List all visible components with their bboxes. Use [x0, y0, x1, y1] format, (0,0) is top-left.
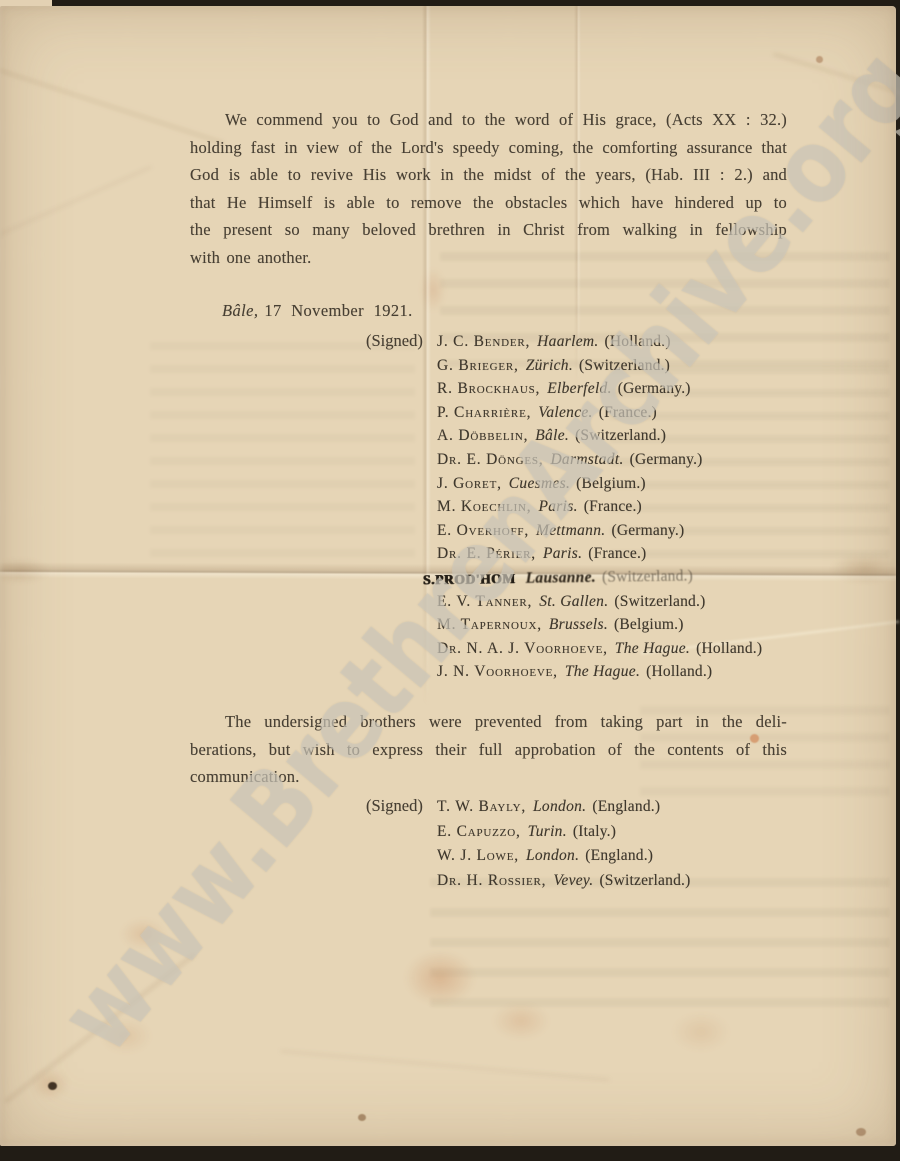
- signatory-city: Vevey.: [553, 872, 593, 889]
- signatory-city: London.: [533, 798, 586, 815]
- signatory-city: Darmstadt.: [550, 451, 623, 468]
- signatory-name: A. Döbbelin,: [437, 427, 528, 444]
- paragraph-line: the present so many beloved brethren in …: [190, 216, 787, 244]
- signatory-name: S.Prod'hom: [423, 571, 516, 587]
- signatory-name: G. Brieger,: [437, 357, 519, 374]
- signatory-city: The Hague.: [615, 640, 690, 657]
- main-signatures-list: J. C. Bender,Haarlem.(Holland.) G. Brieg…: [437, 330, 762, 684]
- signatory-country: (France.): [588, 545, 646, 562]
- signed-label: (Signed): [366, 796, 423, 816]
- scanned-letter-screenshot: { "watermark": { "text": "www.BrethrenAr…: [0, 0, 900, 1161]
- signatory-name: J. Goret,: [437, 475, 502, 492]
- signatory-name: P. Charrière,: [437, 404, 531, 421]
- signatory-country: (Germany.): [618, 380, 691, 397]
- signatory-city: Bâle.: [535, 427, 569, 444]
- signatory-row: T. W. Bayly,London.(England.): [437, 795, 690, 820]
- letter-text: We commend you to God and to the word of…: [0, 6, 896, 1146]
- signatory-name: M. Tapernoux,: [437, 616, 542, 633]
- approval-signatures-list: T. W. Bayly,London.(England.) E. Capuzzo…: [437, 795, 690, 893]
- paragraph-line: The undersigned brothers were prevented …: [190, 708, 787, 736]
- signatory-name: J. N. Voorhoeve,: [437, 663, 558, 680]
- signatory-row: M. Tapernoux,Brussels.(Belgium.): [437, 613, 762, 637]
- signatory-country: (Switzerland.): [575, 427, 666, 444]
- signatory-country: (Germany.): [630, 451, 703, 468]
- signatory-city: Cuesmes.: [509, 475, 570, 492]
- signatory-name: Dr. N. A. J. Voorhoeve,: [437, 640, 608, 657]
- signatory-country: (Holland.): [646, 663, 712, 680]
- signatory-country: (Switzerland.): [599, 872, 690, 889]
- paper-sheet: We commend you to God and to the word of…: [0, 6, 896, 1146]
- dateline-place: Bâle,: [222, 301, 258, 320]
- paragraph-line: holding fast in view of the Lord's speed…: [190, 134, 787, 162]
- paragraph-line: that He Himself is able to remove the ob…: [190, 189, 787, 217]
- signatory-name: E. Capuzzo,: [437, 823, 521, 840]
- signatory-city: St. Gallen.: [539, 593, 608, 610]
- signatory-city: Paris.: [543, 545, 582, 562]
- signatory-country: (Holland.): [605, 333, 671, 350]
- dateline-date: 17 November 1921.: [264, 301, 412, 320]
- signatory-city: Haarlem.: [537, 333, 598, 350]
- signatory-country: (Holland.): [696, 640, 762, 657]
- signatory-row: P. Charrière,Valence.(France.): [437, 401, 762, 425]
- signatory-name: Dr. E. Périer,: [437, 545, 536, 562]
- signatory-city: Lausanne.: [526, 569, 597, 587]
- paragraph-line: communication.: [190, 763, 787, 791]
- signatory-row: Dr. E. Dönges,Darmstadt.(Germany.): [437, 448, 762, 472]
- signatory-country: (England.): [592, 798, 660, 815]
- signatory-row: W. J. Lowe,London.(England.): [437, 844, 690, 869]
- signatory-row: E. Overhoff,Mettmann.(Germany.): [437, 519, 762, 543]
- signed-label: (Signed): [366, 331, 423, 351]
- opening-paragraph: We commend you to God and to the word of…: [190, 106, 787, 271]
- signatory-row: A. Döbbelin,Bâle.(Switzerland.): [437, 424, 762, 448]
- signatory-country: (Italy.): [573, 823, 616, 840]
- signatory-name: E. V. Tanner,: [437, 593, 532, 610]
- signatory-country: (Belgium.): [576, 475, 646, 492]
- signatory-country: (Belgium.): [614, 616, 684, 633]
- signatory-country: (Germany.): [611, 522, 684, 539]
- signatory-country: (France.): [599, 404, 657, 421]
- signatory-name: E. Overhoff,: [437, 522, 529, 539]
- signatory-country: (Switzerland.): [579, 357, 670, 374]
- signatory-city: Valence.: [538, 404, 592, 421]
- signatory-row: J. Goret,Cuesmes.(Belgium.): [437, 472, 762, 496]
- dateline: Bâle,17 November 1921.: [222, 301, 413, 321]
- signatory-city: Turin.: [528, 823, 567, 840]
- signatory-city: Zürich.: [526, 357, 573, 374]
- signatory-row: J. N. Voorhoeve,The Hague.(Holland.): [437, 660, 762, 684]
- signatory-row: G. Brieger,Zürich.(Switzerland.): [437, 354, 762, 378]
- signatory-name: Dr. E. Dönges,: [437, 451, 543, 468]
- signatory-country: (Switzerland.): [602, 567, 693, 585]
- signatory-name: R. Brockhaus,: [437, 380, 540, 397]
- signatory-city: Brussels.: [549, 616, 608, 633]
- signatory-name: J. C. Bender,: [437, 333, 530, 350]
- paragraph-line: berations, but wish to express their ful…: [190, 736, 787, 764]
- signatory-name: M. Koechlin,: [437, 498, 531, 515]
- paragraph-line: We commend you to God and to the word of…: [190, 106, 787, 134]
- signatory-city: Elberfeld.: [547, 380, 612, 397]
- signatory-row-overwritten: S.Prod'homLausanne.(Switzerland.): [423, 564, 749, 592]
- signatory-row: E. V. Tanner,St. Gallen.(Switzerland.): [437, 590, 762, 614]
- paragraph-line: God is able to revive His work in the mi…: [190, 161, 787, 189]
- signatory-city: Mettmann.: [536, 522, 605, 539]
- signatory-country: (England.): [585, 847, 653, 864]
- signatory-row: J. C. Bender,Haarlem.(Holland.): [437, 330, 762, 354]
- signatory-city: The Hague.: [565, 663, 640, 680]
- signatory-row: R. Brockhaus,Elberfeld.(Germany.): [437, 377, 762, 401]
- signatory-row: Dr. E. Périer,Paris.(France.): [437, 542, 762, 566]
- signatory-row: Dr. H. Rossier,Vevey.(Switzerland.): [437, 869, 690, 894]
- signatory-row: Dr. N. A. J. Voorhoeve,The Hague.(Hollan…: [437, 637, 762, 661]
- signatory-name: Dr. H. Rossier,: [437, 872, 546, 889]
- undersigned-paragraph: The undersigned brothers were prevented …: [190, 708, 787, 791]
- paragraph-line: with one another.: [190, 244, 787, 272]
- signatory-name: W. J. Lowe,: [437, 847, 519, 864]
- signatory-city: Paris.: [538, 498, 577, 515]
- signatory-name: T. W. Bayly,: [437, 798, 526, 815]
- signatory-city: London.: [526, 847, 579, 864]
- signatory-row: M. Koechlin,Paris.(France.): [437, 495, 762, 519]
- signatory-country: (France.): [584, 498, 642, 515]
- signatory-row: E. Capuzzo,Turin.(Italy.): [437, 820, 690, 845]
- signatory-country: (Switzerland.): [614, 593, 705, 610]
